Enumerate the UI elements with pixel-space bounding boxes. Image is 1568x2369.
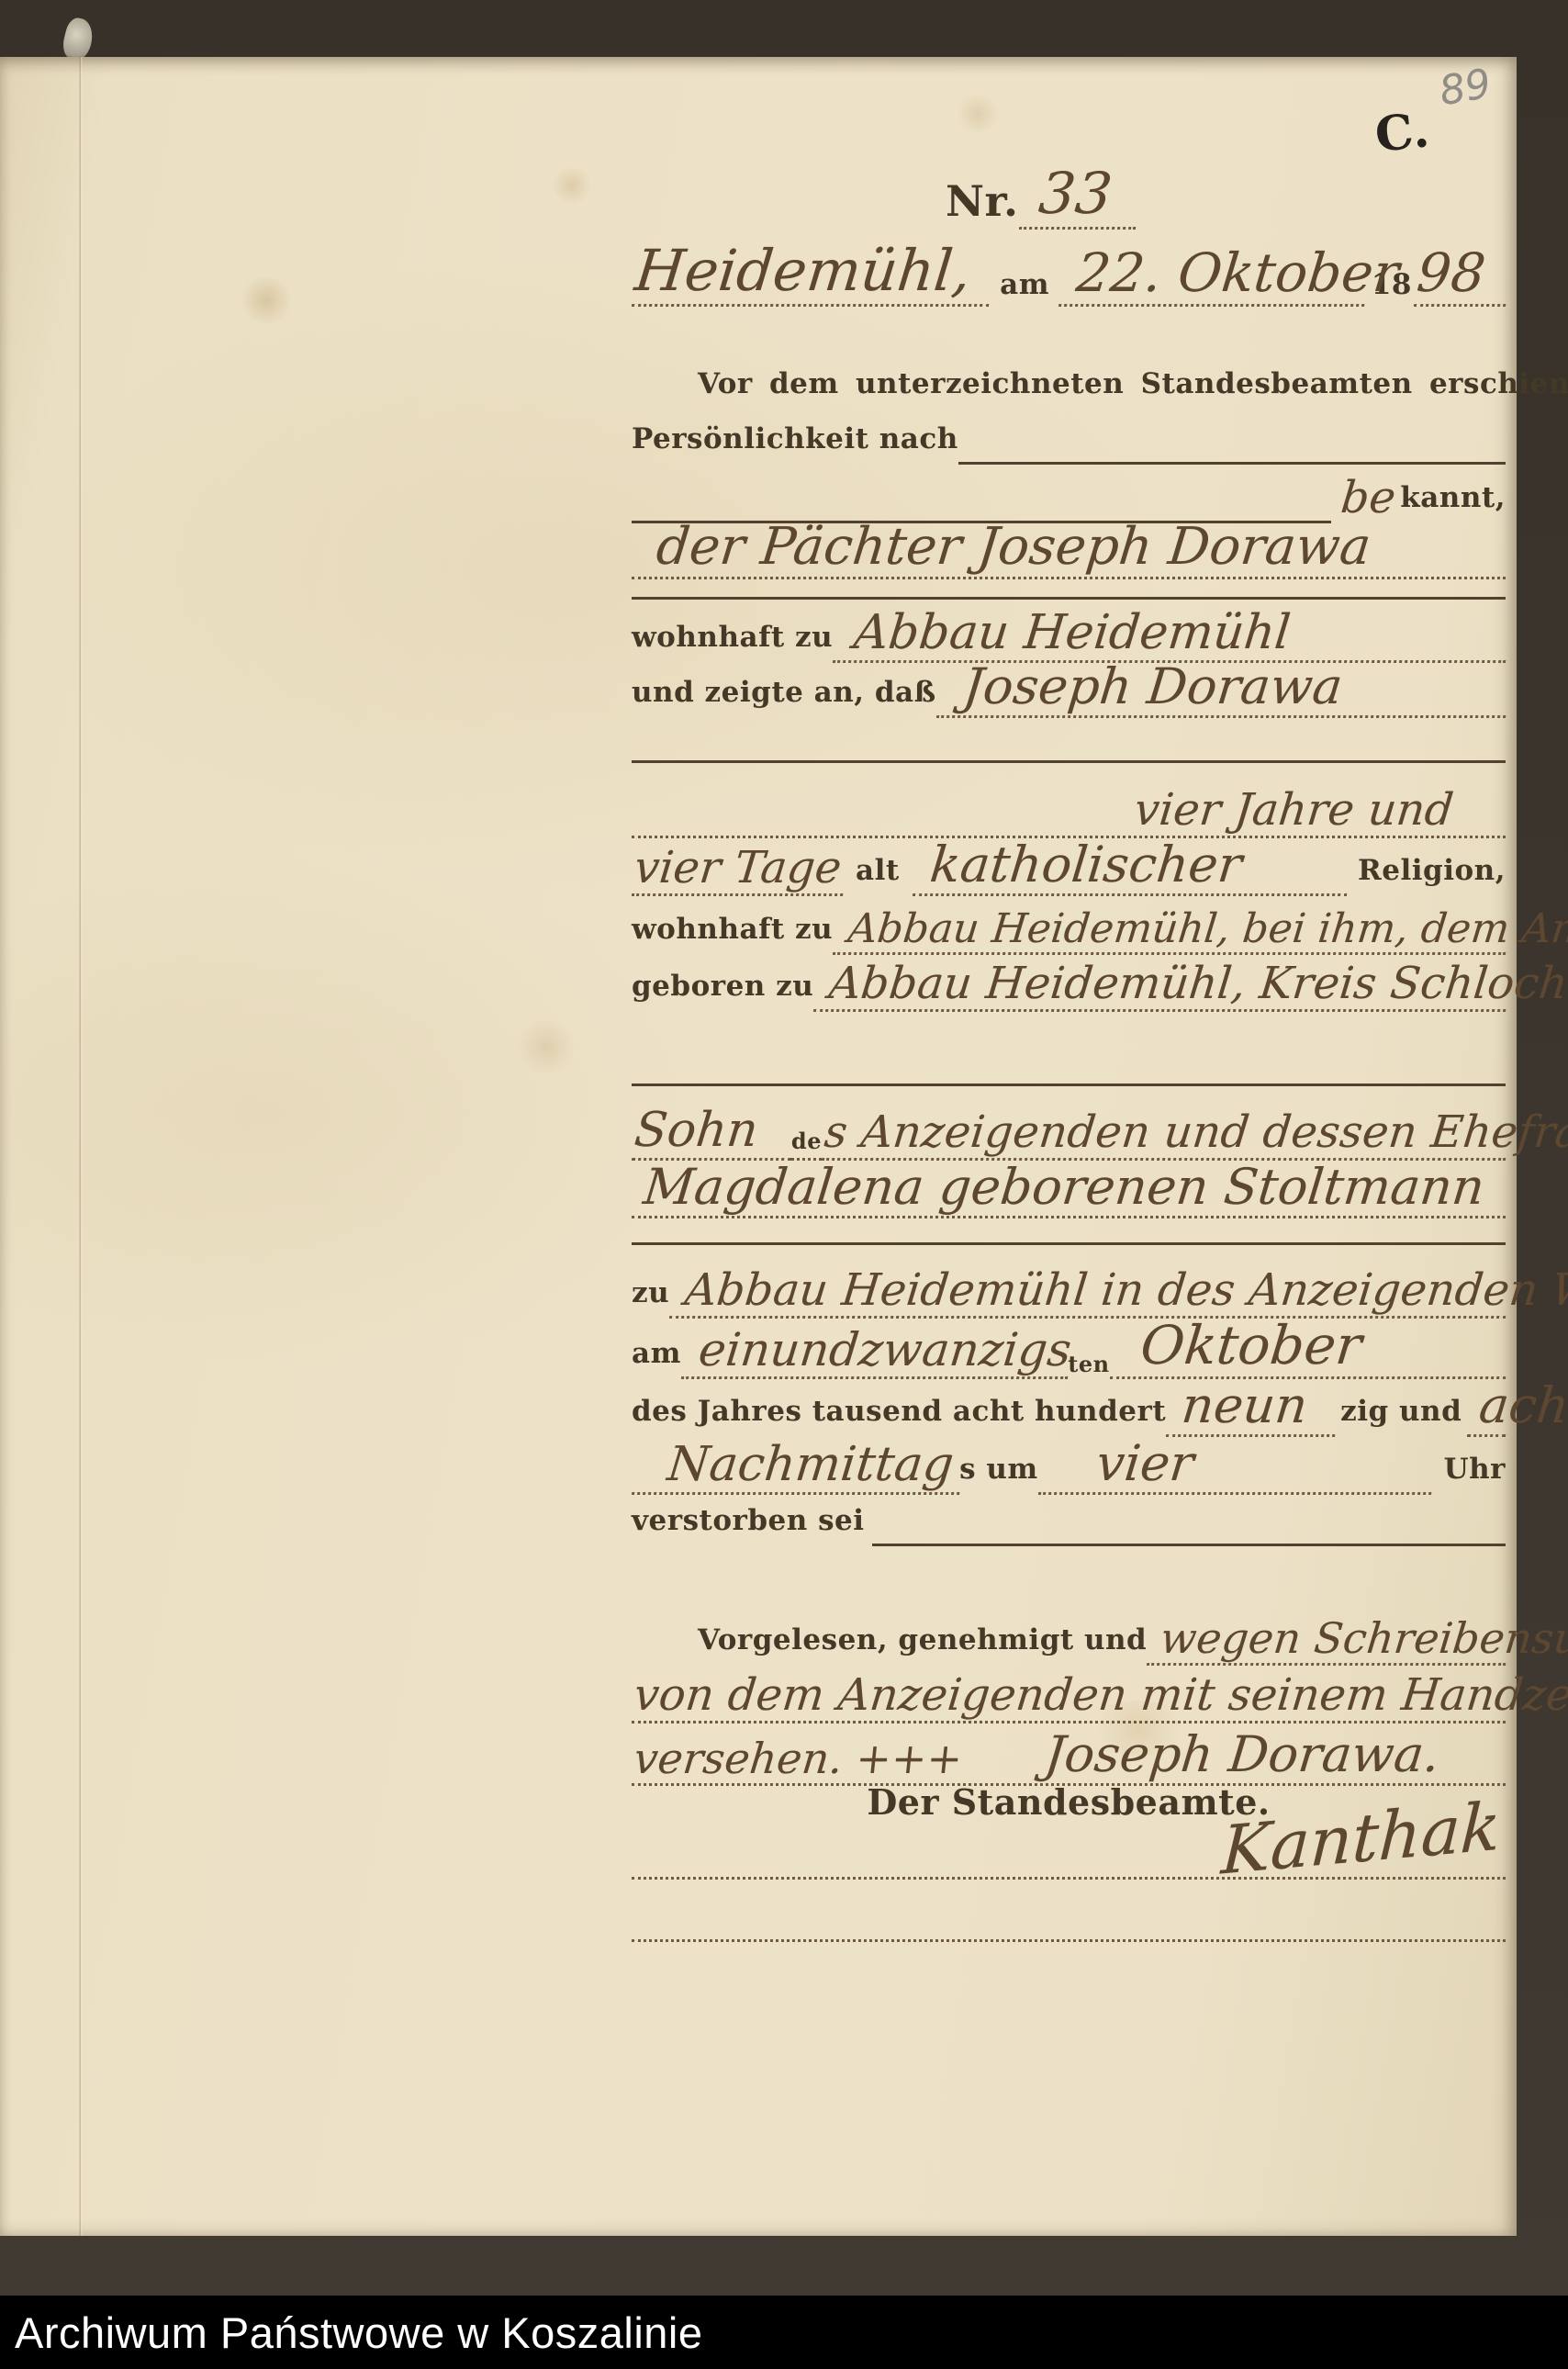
death-day-row: am einundzwanzigs ten Oktober [632,1319,1506,1379]
persoenlichkeit-label: Persönlichkeit nach [632,422,958,465]
archive-caption-bar: Archiwum Państwowe w Koszalinie [0,2296,1568,2369]
deceased-name: Joseph Dorawa [936,657,1512,718]
geboren-label: geboren zu [632,970,813,1012]
vorgelesen-label: Vorgelesen, genehmigt und [632,1623,1147,1666]
zu-label: zu [632,1276,669,1319]
death-place-row: zu Abbau Heidemühl in des Anzeigenden Wo… [632,1258,1506,1319]
record-number-label: Nr. [946,176,1019,230]
closing-row2: von dem Anzeigenden mit seinem Handzeich… [632,1664,1506,1723]
dateline-date: 22. Oktober [1058,241,1371,307]
wohnhaft-label: wohnhaft zu [632,621,833,663]
birthplace-row: geboren zu Abbau Heidemühl, Kreis Schloc… [632,955,1506,1012]
dateline-place: Heidemühl, [632,237,996,307]
ten-label: ten [1068,1351,1109,1379]
year-label: des Jahres tausend acht hundert [632,1395,1166,1437]
pencil-page-number: 89 [1436,61,1495,116]
age-overflow-row: vier Jahre und [632,780,1506,838]
age-religion-row: vier Tage alt katholischer Religion, [632,837,1506,896]
birthplace-value: Abbau Heidemühl, Kreis Schlochau [813,958,1511,1012]
registrar-label: Der Standesbeamte. [867,1781,1270,1832]
declarant-row: der Pächter Joseph Dorawa [632,512,1506,579]
age-value: vier Tage [632,842,848,896]
residence2-row: wohnhaft zu Abbau Heidemühl, bei ihm, de… [632,898,1506,955]
parentage-row: Sohn de s Anzeigenden und dessen Ehefrau [632,1100,1506,1161]
closing-row1: Vorgelesen, genehmigt und wegen Schreibe… [632,1607,1506,1666]
religion-value: katholischer [913,836,1353,896]
signature-line [632,1835,1506,1880]
closing-row3: versehen. +++ Joseph Dorawa. [632,1721,1506,1786]
intro-line1-row: Vor dem unterzeichneten Standesbeamten e… [698,367,1506,410]
mother-row: Magdalena geborenen Stoltmann [632,1157,1506,1218]
closing-hw1: wegen Schreibensunkunde [1147,1613,1511,1666]
declarant-mark-signature: Joseph Dorawa. [959,1725,1442,1783]
death-time-row: Nachmittag s um vier Uhr [632,1436,1506,1495]
age-overflow-text: vier Jahre und [1132,784,1511,836]
blank-line [958,425,1506,465]
am-label: am [632,1337,681,1379]
residence-row: wohnhaft zu Abbau Heidemühl [632,606,1506,663]
death-month-value: Oktober [1110,1314,1513,1379]
blank-line [872,1507,1506,1546]
death-place-value: Abbau Heidemühl in des Anzeigenden Wohnu… [669,1264,1511,1319]
s-um-label: s um [959,1453,1038,1495]
verstorben-row: verstorben sei [632,1495,1506,1546]
section-rule [632,1083,1506,1086]
verstorben-label: verstorben sei [632,1504,865,1546]
record-number-row: Nr. 33 [946,160,1184,230]
religion-label: Religion, [1347,854,1506,896]
dateline-year: 98 [1414,241,1512,307]
zig-und-label: zig und [1335,1395,1467,1437]
declarant-name: der Pächter Joseph Dorawa [632,517,1373,577]
record-number-value: 33 [1019,160,1143,230]
second-signature-line [632,1897,1506,1942]
parentage-rest: s Anzeigenden und dessen Ehefrau [822,1106,1511,1161]
intro-line1-text: Vor dem unterzeichneten Standesbeamten e… [698,367,1568,410]
mother-name: Magdalena geborenen Stoltmann [632,1158,1487,1216]
year-hw2: acht [1467,1376,1512,1437]
closing-hw3: versehen. +++ [632,1734,965,1783]
sohn-handwritten: Sohn [632,1103,798,1161]
zeigte-label: und zeigte an, daß [632,676,936,718]
fold-crease [79,57,83,2236]
uhr-label: Uhr [1431,1453,1506,1495]
dateline-row: Heidemühl, am 22. Oktober 18 98 [632,237,1506,307]
document-paper: C. 89 Nr. 33 Heidemühl, am 22. Oktober 1… [0,57,1517,2236]
stain [239,277,294,323]
hour-value: vier [1038,1434,1438,1495]
stain [551,167,593,204]
daytime-value: Nachmittag [632,1437,966,1495]
year-hw1: neun [1166,1376,1341,1437]
de-label: de [791,1128,822,1161]
blank-rule [632,597,1506,600]
section-rule [632,1242,1506,1245]
alt-label: alt [843,854,913,896]
death-year-row: des Jahres tausend acht hundert neun zig… [632,1380,1506,1437]
dateline-am-label: am [989,268,1058,307]
wohnhaft2-label: wohnhaft zu [632,913,833,955]
archive-caption-text: Archiwum Państwowe w Koszalinie [15,2307,703,2358]
stain [955,94,1001,134]
letter-c-stamp: C. [1372,102,1432,163]
residence2-value: Abbau Heidemühl, bei ihm, dem Anzeigende… [833,905,1511,955]
stain [514,1021,578,1072]
death-day-value: einundzwanzigs [681,1323,1074,1379]
intro-line2-row: Persönlichkeit nach [632,417,1506,465]
scanned-death-record-page: { "scan": { "archive_caption": "Archiwum… [0,0,1568,2369]
residence-value: Abbau Heidemühl [833,605,1511,663]
notification-row: und zeigte an, daß Joseph Dorawa [632,661,1506,718]
blank-rule [632,760,1506,763]
closing-hw2: von dem Anzeigenden mit seinem Handzeich… [632,1669,1568,1721]
